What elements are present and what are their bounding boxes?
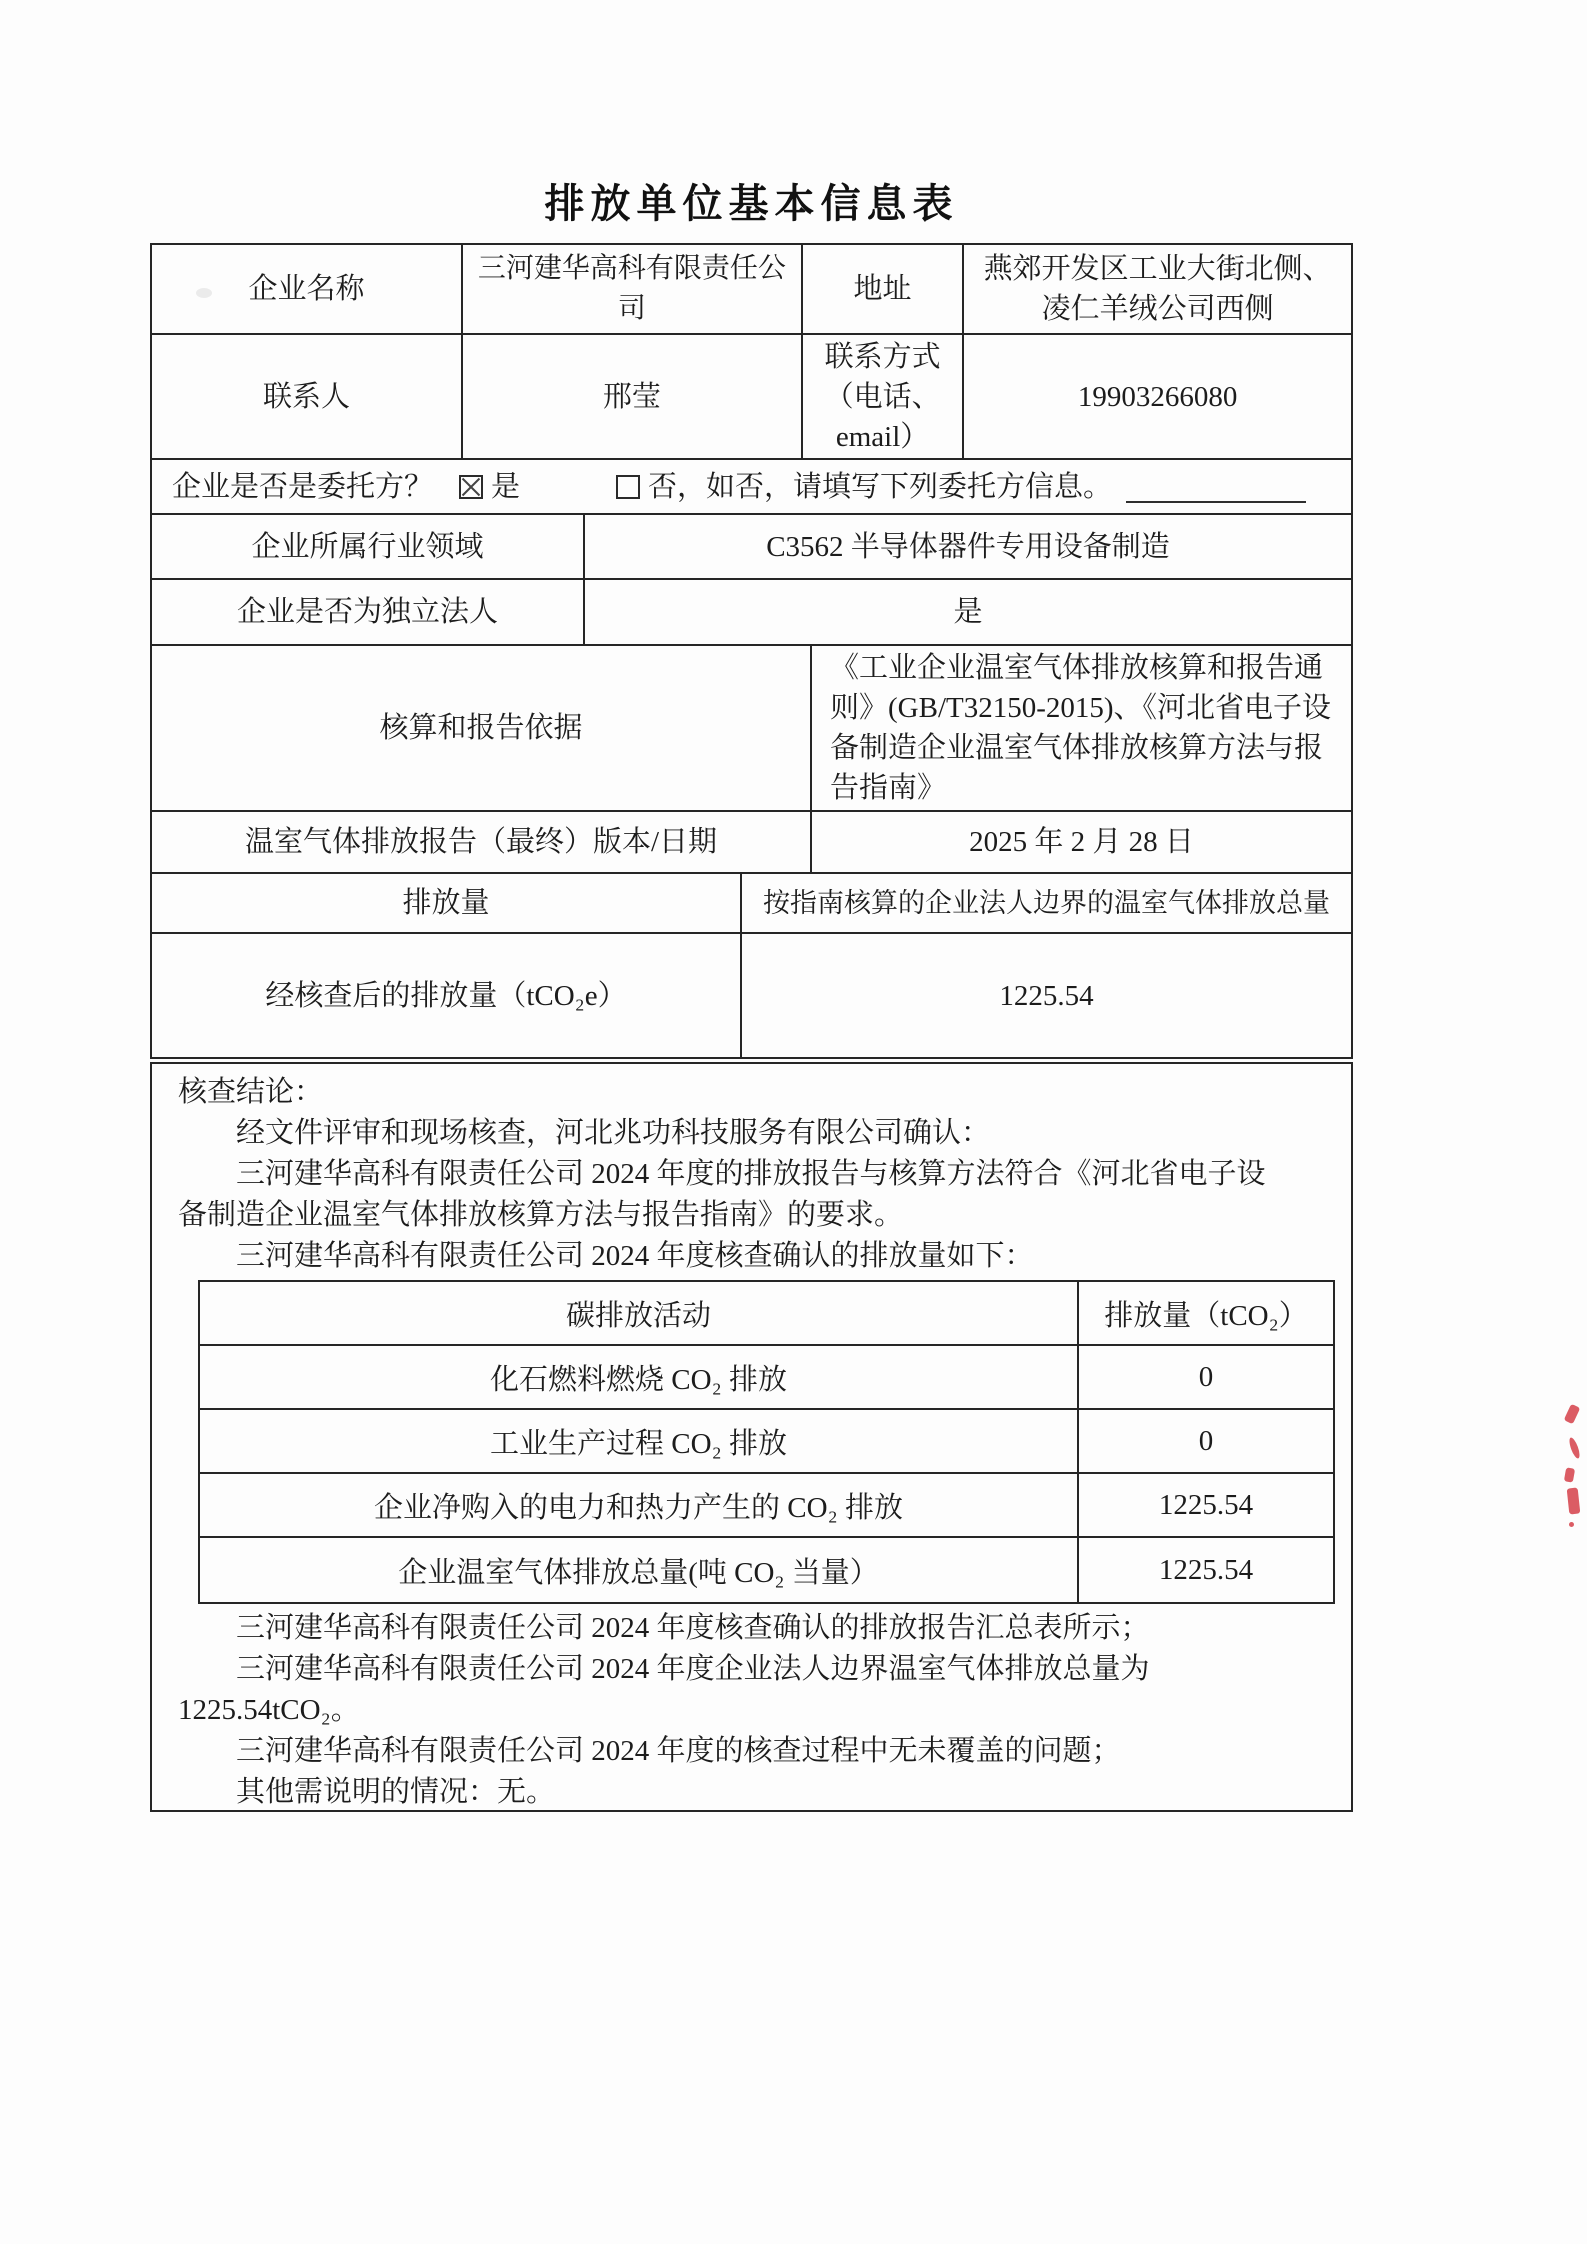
delegate-question: 企业是否是委托方？ xyxy=(172,467,433,507)
contact-method-label: 联系方式（电话、email） xyxy=(803,335,964,458)
col-header-amount: 排放量（tCO₂） xyxy=(1079,1282,1333,1344)
delegate-info-blank-field[interactable] xyxy=(1126,471,1306,503)
delegate-row-cell: 企业是否是委托方？ 是 否，如否，请填写下列委托方信息。 xyxy=(152,460,1351,513)
row-independent: 企业是否为独立法人 是 xyxy=(152,580,1351,646)
amount-cell: 1225.54 xyxy=(1079,1538,1333,1602)
row-industry: 企业所属行业领域 C3562 半导体器件专用设备制造 xyxy=(152,515,1351,580)
table-row: 工业生产过程 CO₂ 排放 0 xyxy=(200,1410,1333,1474)
contact-phone: 19903266080 xyxy=(964,335,1351,458)
table-row: 化石燃料燃烧 CO₂ 排放 0 xyxy=(200,1346,1333,1410)
contact-name: 邢莹 xyxy=(463,335,803,458)
emission-summary-table: 碳排放活动 排放量（tCO₂） 化石燃料燃烧 CO₂ 排放 0 工业生产过程 C… xyxy=(198,1280,1335,1604)
company-name: 三河建华高科有限责任公司 xyxy=(463,245,803,333)
row-company: 企业名称 三河建华高科有限责任公司 地址 燕郊开发区工业大街北侧、凌仁羊绒公司西… xyxy=(152,245,1351,335)
conclusion-para-1: 经文件评审和现场核查，河北兆功科技服务有限公司确认： xyxy=(178,1113,1283,1154)
emission-label: 排放量 xyxy=(152,874,742,932)
amount-cell: 0 xyxy=(1079,1410,1333,1472)
conclusion-para-7: 其他需说明的情况：无。 xyxy=(178,1772,1283,1813)
amount-cell: 1225.54 xyxy=(1079,1474,1333,1536)
row-verified-emission: 经核查后的排放量（tCO₂e） 1225.54 xyxy=(152,934,1351,1057)
row-version: 温室气体排放报告（最终）版本/日期 2025 年 2 月 28 日 xyxy=(152,812,1351,874)
row-contact: 联系人 邢莹 联系方式（电话、email） 19903266080 xyxy=(152,335,1351,460)
verified-emission-value: 1225.54 xyxy=(742,934,1351,1057)
activity-cell: 工业生产过程 CO₂ 排放 xyxy=(200,1410,1079,1472)
independent-value: 是 xyxy=(585,580,1351,644)
conclusion-para-6: 三河建华高科有限责任公司 2024 年度的核查过程中无未覆盖的问题； xyxy=(178,1731,1283,1772)
conclusion-heading: 核查结论： xyxy=(178,1072,1283,1113)
version-label: 温室气体排放报告（最终）版本/日期 xyxy=(152,812,812,872)
page-title: 排放单位基本信息表 xyxy=(150,172,1353,229)
verification-conclusion-box: 核查结论： 经文件评审和现场核查，河北兆功科技服务有限公司确认： 三河建华高科有… xyxy=(150,1062,1353,1812)
version-value: 2025 年 2 月 28 日 xyxy=(812,812,1351,872)
contact-label: 联系人 xyxy=(152,335,463,458)
checkbox-no-icon[interactable] xyxy=(616,475,640,499)
red-stamp-fragment xyxy=(1567,1436,1581,1459)
row-basis: 核算和报告依据 《工业企业温室气体排放核算和报告通则》(GB/T32150-20… xyxy=(152,646,1351,812)
independent-label: 企业是否为独立法人 xyxy=(152,580,585,644)
industry-value: C3562 半导体器件专用设备制造 xyxy=(585,515,1351,578)
address-label: 地址 xyxy=(803,245,965,333)
red-stamp-fragment xyxy=(1569,1522,1574,1527)
table-row: 企业温室气体排放总量(吨 CO₂ 当量） 1225.54 xyxy=(200,1538,1333,1602)
checkbox-yes-checked-icon[interactable] xyxy=(459,475,483,499)
red-stamp-fragment xyxy=(1564,1404,1581,1425)
conclusion-para-3: 三河建华高科有限责任公司 2024 年度核查确认的排放量如下： xyxy=(178,1236,1283,1277)
conclusion-para-5: 三河建华高科有限责任公司 2024 年度企业法人边界温室气体排放总量为 1225… xyxy=(178,1649,1283,1731)
emission-table-header-row: 碳排放活动 排放量（tCO₂） xyxy=(200,1282,1333,1346)
basis-label: 核算和报告依据 xyxy=(152,646,812,810)
table-row: 企业净购入的电力和热力产生的 CO₂ 排放 1225.54 xyxy=(200,1474,1333,1538)
col-header-activity: 碳排放活动 xyxy=(200,1282,1079,1344)
emission-scope: 按指南核算的企业法人边界的温室气体排放总量 xyxy=(742,874,1351,932)
delegate-yes-label: 是 xyxy=(491,467,520,507)
red-stamp-fragment xyxy=(1564,1467,1575,1482)
activity-cell: 企业温室气体排放总量(吨 CO₂ 当量） xyxy=(200,1538,1079,1602)
row-delegate: 企业是否是委托方？ 是 否，如否，请填写下列委托方信息。 xyxy=(152,460,1351,515)
industry-label: 企业所属行业领域 xyxy=(152,515,585,578)
red-stamp-fragment xyxy=(1567,1487,1581,1514)
activity-cell: 化石燃料燃烧 CO₂ 排放 xyxy=(200,1346,1079,1408)
conclusion-para-2: 三河建华高科有限责任公司 2024 年度的排放报告与核算方法符合《河北省电子设备… xyxy=(178,1154,1283,1236)
delegate-no-label: 否，如否，请填写下列委托方信息。 xyxy=(648,467,1112,507)
amount-cell: 0 xyxy=(1079,1346,1333,1408)
scanned-document-page: 排放单位基本信息表 企业名称 三河建华高科有限责任公司 地址 燕郊开发区工业大街… xyxy=(0,0,1587,2244)
address-value: 燕郊开发区工业大街北侧、凌仁羊绒公司西侧 xyxy=(964,245,1351,333)
conclusion-para-4: 三河建华高科有限责任公司 2024 年度核查确认的排放报告汇总表所示； xyxy=(178,1608,1283,1649)
scan-speck xyxy=(196,288,212,298)
basis-value: 《工业企业温室气体排放核算和报告通则》(GB/T32150-2015)、《河北省… xyxy=(812,646,1351,810)
activity-cell: 企业净购入的电力和热力产生的 CO₂ 排放 xyxy=(200,1474,1079,1536)
row-emission-header: 排放量 按指南核算的企业法人边界的温室气体排放总量 xyxy=(152,874,1351,934)
basic-info-table: 企业名称 三河建华高科有限责任公司 地址 燕郊开发区工业大街北侧、凌仁羊绒公司西… xyxy=(150,243,1353,1059)
verified-emission-label: 经核查后的排放量（tCO₂e） xyxy=(152,934,742,1057)
